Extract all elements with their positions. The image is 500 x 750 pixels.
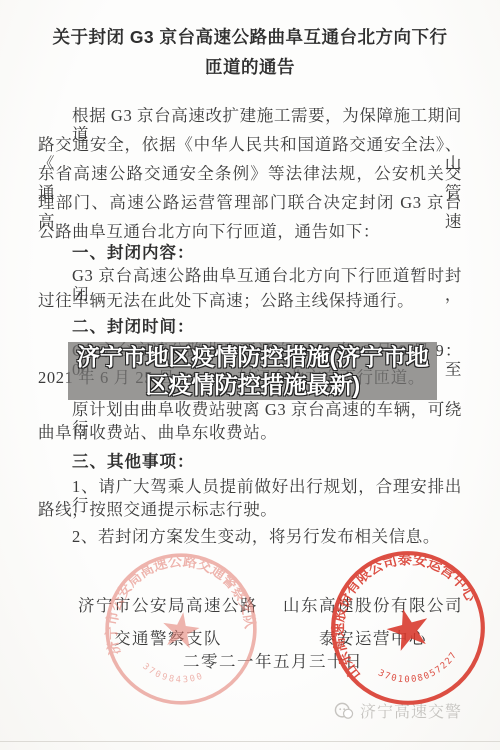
body-line: 过往车辆无法在此处下高速；公路主线保持通行。	[38, 291, 462, 310]
notice-title: 关于封闭 G3 京台高速公路曲阜互通台北方向下行 匝道的通告	[20, 22, 480, 82]
left-signer-name: 济宁市公安局高速公路	[58, 592, 278, 616]
right-signer-name2: 泰安运营中心	[278, 625, 468, 649]
headline-overlay-line2: 区疫情防控措施最新)	[68, 371, 437, 399]
account-watermark: 济宁高速交警	[334, 699, 462, 722]
body-line: 2、若封闭方案发生变动，将另行发布相关信息。	[38, 527, 462, 546]
scan-bottom-edge	[0, 741, 500, 742]
wechat-logo-icon	[334, 702, 354, 720]
section-heading-2: 二、封闭时间：	[38, 318, 462, 337]
left-signer-name2: 交通警察支队	[58, 625, 278, 649]
section-heading-1: 一、封闭内容：	[38, 244, 462, 263]
right-signer-name: 山东高速股份有限公司	[278, 592, 468, 616]
body-line: 曲阜南收费站、曲阜东收费站。	[38, 423, 462, 442]
body-line: 路线，按照交通提示标志行驶。	[38, 500, 462, 519]
notice-title-line1: 关于封闭 G3 京台高速公路曲阜互通台北方向下行	[20, 22, 480, 52]
watermark-text: 济宁高速交警	[360, 699, 462, 722]
notice-title-line2: 匝道的通告	[20, 52, 480, 82]
notice-date: 二零二一年五月三十日	[180, 648, 366, 672]
section-heading-3: 三、其他事项：	[38, 453, 462, 472]
headline-overlay: 济宁市地区疫情防控措施(济宁市地 区疫情防控措施最新)	[68, 342, 437, 400]
seal-number: 3701008057227	[374, 648, 464, 695]
svg-text:3701008057227: 3701008057227	[374, 648, 464, 695]
scanned-notice-page: 关于封闭 G3 京台高速公路曲阜互通台北方向下行 匝道的通告 根据 G3 京台高…	[0, 0, 500, 750]
headline-overlay-line1: 济宁市地区疫情防控措施(济宁市地	[68, 343, 437, 371]
body-line: 公路曲阜互通台北方向下行匝道，通告如下：	[38, 222, 462, 241]
